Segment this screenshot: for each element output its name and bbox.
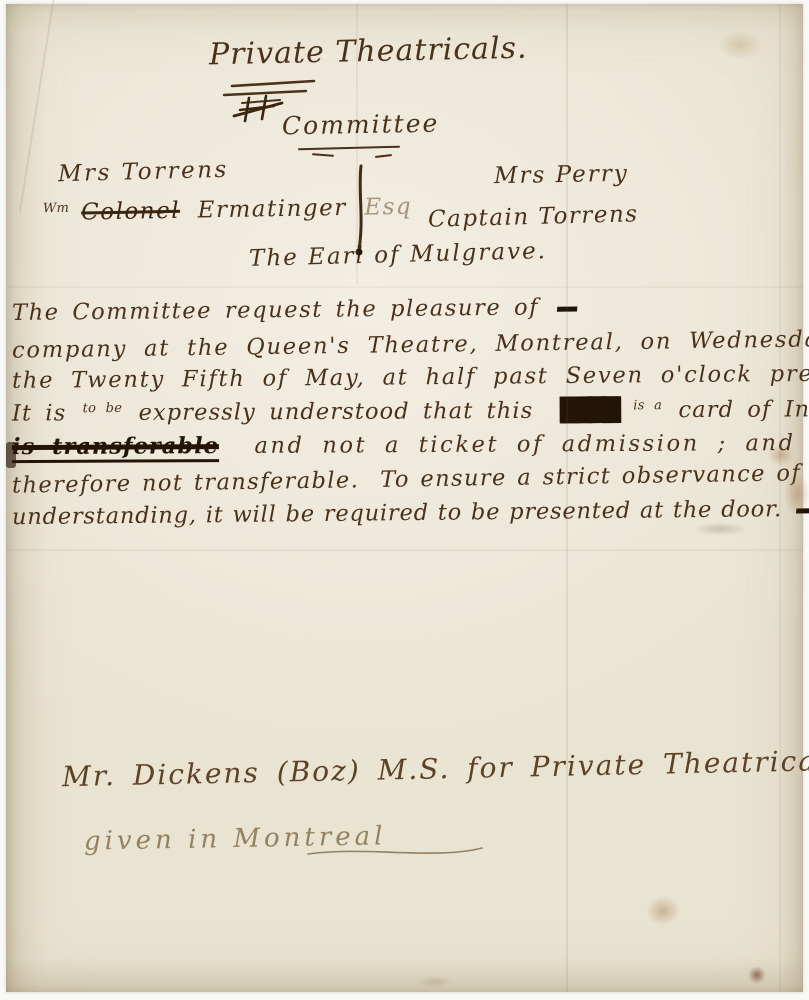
handwritten-text: therefore not transferable. To ensure a … — [12, 459, 809, 498]
handwritten-text: the Twenty Fifth of May, at half past Se… — [12, 360, 809, 394]
struck-out-text: is transferable — [12, 433, 219, 463]
handwritten-text: Captain Torrens — [428, 201, 639, 233]
handwritten-text: The Committee request the pleasure of — [12, 294, 539, 326]
handwritten-text: and not a ticket of admission ; and is — [237, 430, 809, 459]
corner-crease — [19, 0, 55, 213]
committee-member-captain-torrens: Captain Torrens — [428, 201, 639, 233]
handwritten-text: Ermatinger — [189, 195, 356, 224]
committee-heading: Committee — [282, 109, 440, 141]
handwritten-text: card of Invitation — [678, 396, 809, 423]
handwritten-text: Mrs Perry — [494, 161, 629, 189]
body-line: the Twenty Fifth of May, at half past Se… — [12, 360, 809, 394]
stain — [692, 522, 748, 536]
committee-member-mrs-torrens: Mrs Torrens — [58, 157, 229, 187]
committee-underline-dash — [312, 153, 334, 157]
handwritten-text: It is — [12, 400, 66, 426]
ink-blot: ████ — [560, 397, 617, 423]
inserted-word: Wm — [43, 201, 70, 216]
body-line: It is to be expressly understood that th… — [12, 395, 809, 426]
stain — [418, 976, 452, 988]
handwritten-text: expressly understood that this — [138, 398, 546, 426]
body-line: The Committee request the pleasure of — — [12, 294, 580, 326]
annotation-dickens-attribution: Mr. Dickens (Boz) M.S. for Private Theat… — [62, 744, 809, 793]
committee-member-mrs-perry: Mrs Perry — [494, 161, 629, 189]
scanned-manuscript-view: { "colors": { "paper": "#e9e3d2", "ink":… — [0, 0, 809, 1000]
fold-crease-horizontal — [6, 549, 803, 551]
inserted-word: to be — [83, 401, 123, 416]
body-line: understanding, it will be required to be… — [12, 496, 809, 530]
ink-blot: — — [556, 282, 581, 332]
ink-blot: — — [795, 484, 809, 534]
fold-crease-horizontal — [6, 286, 803, 288]
handwritten-text: Mrs Torrens — [58, 157, 229, 187]
committee-bracket-stroke — [348, 162, 374, 262]
inserted-word: is a — [633, 398, 662, 413]
page-title: Private Theatricals. — [209, 31, 528, 73]
stain — [718, 30, 762, 60]
manuscript-page: Private Theatricals. Committee Mrs Torre… — [6, 4, 803, 992]
handwritten-text: understanding, it will be required to be… — [12, 496, 782, 530]
struck-out-text: Colonel — [81, 198, 180, 226]
annotation-flourish — [306, 842, 486, 862]
committee-underline — [298, 146, 400, 151]
stain — [748, 966, 766, 984]
handwritten-text: The Earl of Mulgrave. — [249, 238, 548, 272]
body-line: therefore not transferable. To ensure a … — [12, 459, 809, 498]
handwritten-text: company at the Queen's Theatre, Montreal… — [12, 324, 809, 363]
stain — [646, 896, 680, 926]
committee-member-earl-of-mulgrave: The Earl of Mulgrave. — [249, 238, 548, 272]
committee-underline-dash — [375, 154, 392, 158]
body-line: company at the Queen's Theatre, Montreal… — [12, 324, 809, 363]
body-line: is transferable and not a ticket of admi… — [12, 430, 809, 460]
